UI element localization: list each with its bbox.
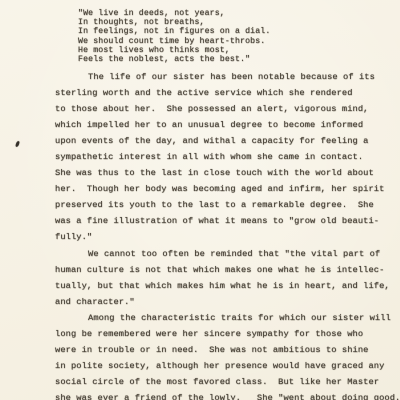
text-line: which impelled her to an unusual degree … — [55, 117, 395, 133]
text-line: and character." — [55, 294, 395, 310]
text-line: social circle of the most favored class.… — [55, 374, 395, 390]
text-line: In feelings, not in figures on a dial. — [78, 27, 270, 36]
text-line: preserved its youth to the last to a rem… — [55, 197, 395, 213]
text-line: We should count time by heart-throbs. — [78, 37, 270, 46]
text-line: He most lives who thinks most, — [78, 46, 270, 55]
text-line: fully." — [55, 229, 395, 245]
text-line: Among the characteristic traits for whic… — [55, 310, 395, 326]
text-line: in polite society, although her presence… — [55, 358, 395, 374]
text-line: "We live in deeds, not years, — [78, 9, 270, 18]
text-line: long be remembered were her sincere symp… — [55, 326, 395, 342]
text-line: upon events of the day, and withal a cap… — [55, 133, 395, 149]
text-line: her. Though her body was becoming aged a… — [55, 181, 395, 197]
text-line: to those about her. She possessed an ale… — [55, 101, 395, 117]
text-line: The life of our sister has been notable … — [55, 69, 395, 85]
text-line: sympathetic interest in all with whom sh… — [55, 149, 395, 165]
text-line: Feels the noblest, acts the best." — [78, 55, 270, 64]
text-line: she was ever a friend of the lowly. She … — [55, 390, 395, 400]
text-line: tually, but that which makes him what he… — [55, 278, 395, 294]
text-line: We cannot too often be reminded that "th… — [55, 246, 395, 262]
text-line: was a fine illustration of what it means… — [55, 213, 395, 229]
text-line: She was thus to the last in close touch … — [55, 165, 395, 181]
document-page: "We live in deeds, not years,In thoughts… — [0, 0, 400, 400]
text-line: were in trouble or in need. She was not … — [55, 342, 395, 358]
text-line: sterling worth and the active service wh… — [55, 85, 395, 101]
poem-block: "We live in deeds, not years,In thoughts… — [78, 9, 270, 64]
text-line: human culture is not that which makes on… — [55, 262, 395, 278]
body-text: The life of our sister has been notable … — [55, 69, 395, 400]
ink-smudge — [15, 141, 20, 148]
